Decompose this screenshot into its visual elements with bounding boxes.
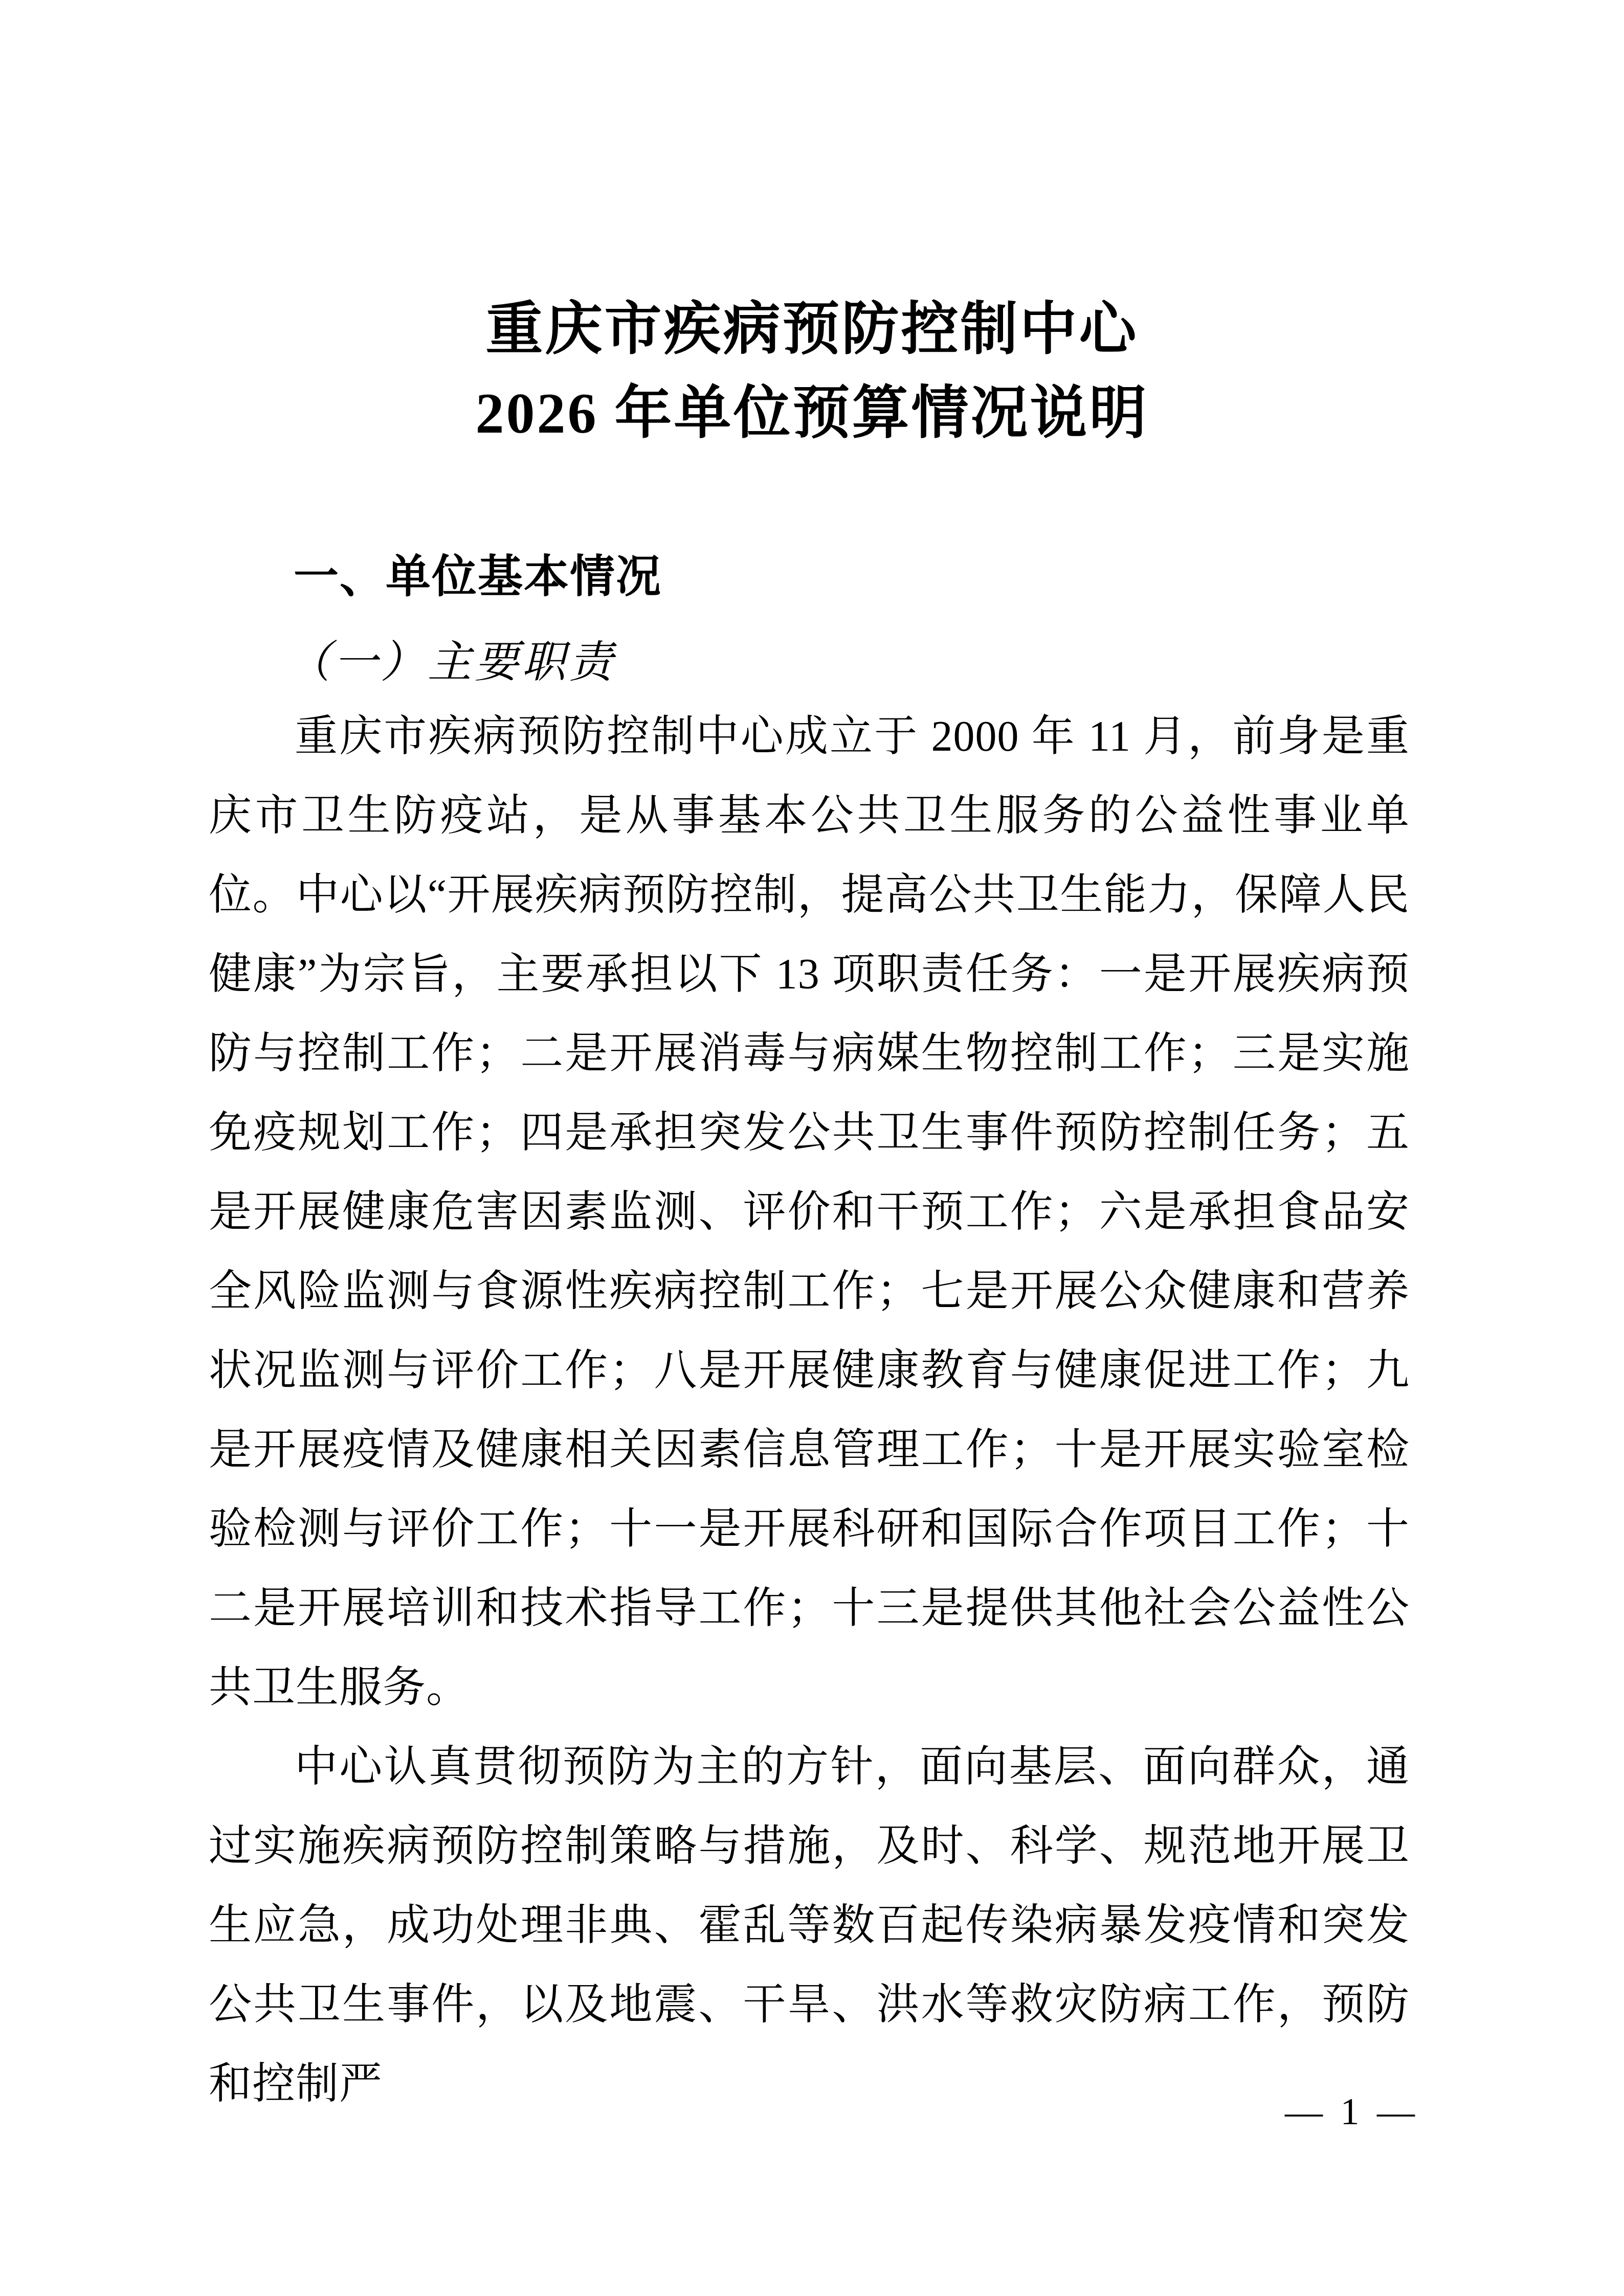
body-text-block: 重庆市疾病预防控制中心成立于 2000 年 11 月，前身是重庆市卫生防疫站，是… bbox=[209, 697, 1410, 2124]
paragraph-duties: 重庆市疾病预防控制中心成立于 2000 年 11 月，前身是重庆市卫生防疫站，是… bbox=[209, 697, 1410, 1727]
subsection-heading-main-duties: （一）主要职责 bbox=[286, 622, 616, 703]
document-page: 重庆市疾病预防控制中心 2026 年单位预算情况说明 一、单位基本情况 （一）主… bbox=[0, 0, 1624, 2296]
document-title-line-1: 重庆市疾病预防控制中心 bbox=[0, 288, 1624, 372]
document-title-line-2: 2026 年单位预算情况说明 bbox=[0, 372, 1624, 456]
page-number: — 1 — bbox=[1285, 2089, 1419, 2135]
paragraph-achievements: 中心认真贯彻预防为主的方针，面向基层、面向群众，通过实施疾病预防控制策略与措施，… bbox=[209, 1727, 1410, 2124]
section-heading-basic-situation: 一、单位基本情况 bbox=[294, 536, 662, 617]
